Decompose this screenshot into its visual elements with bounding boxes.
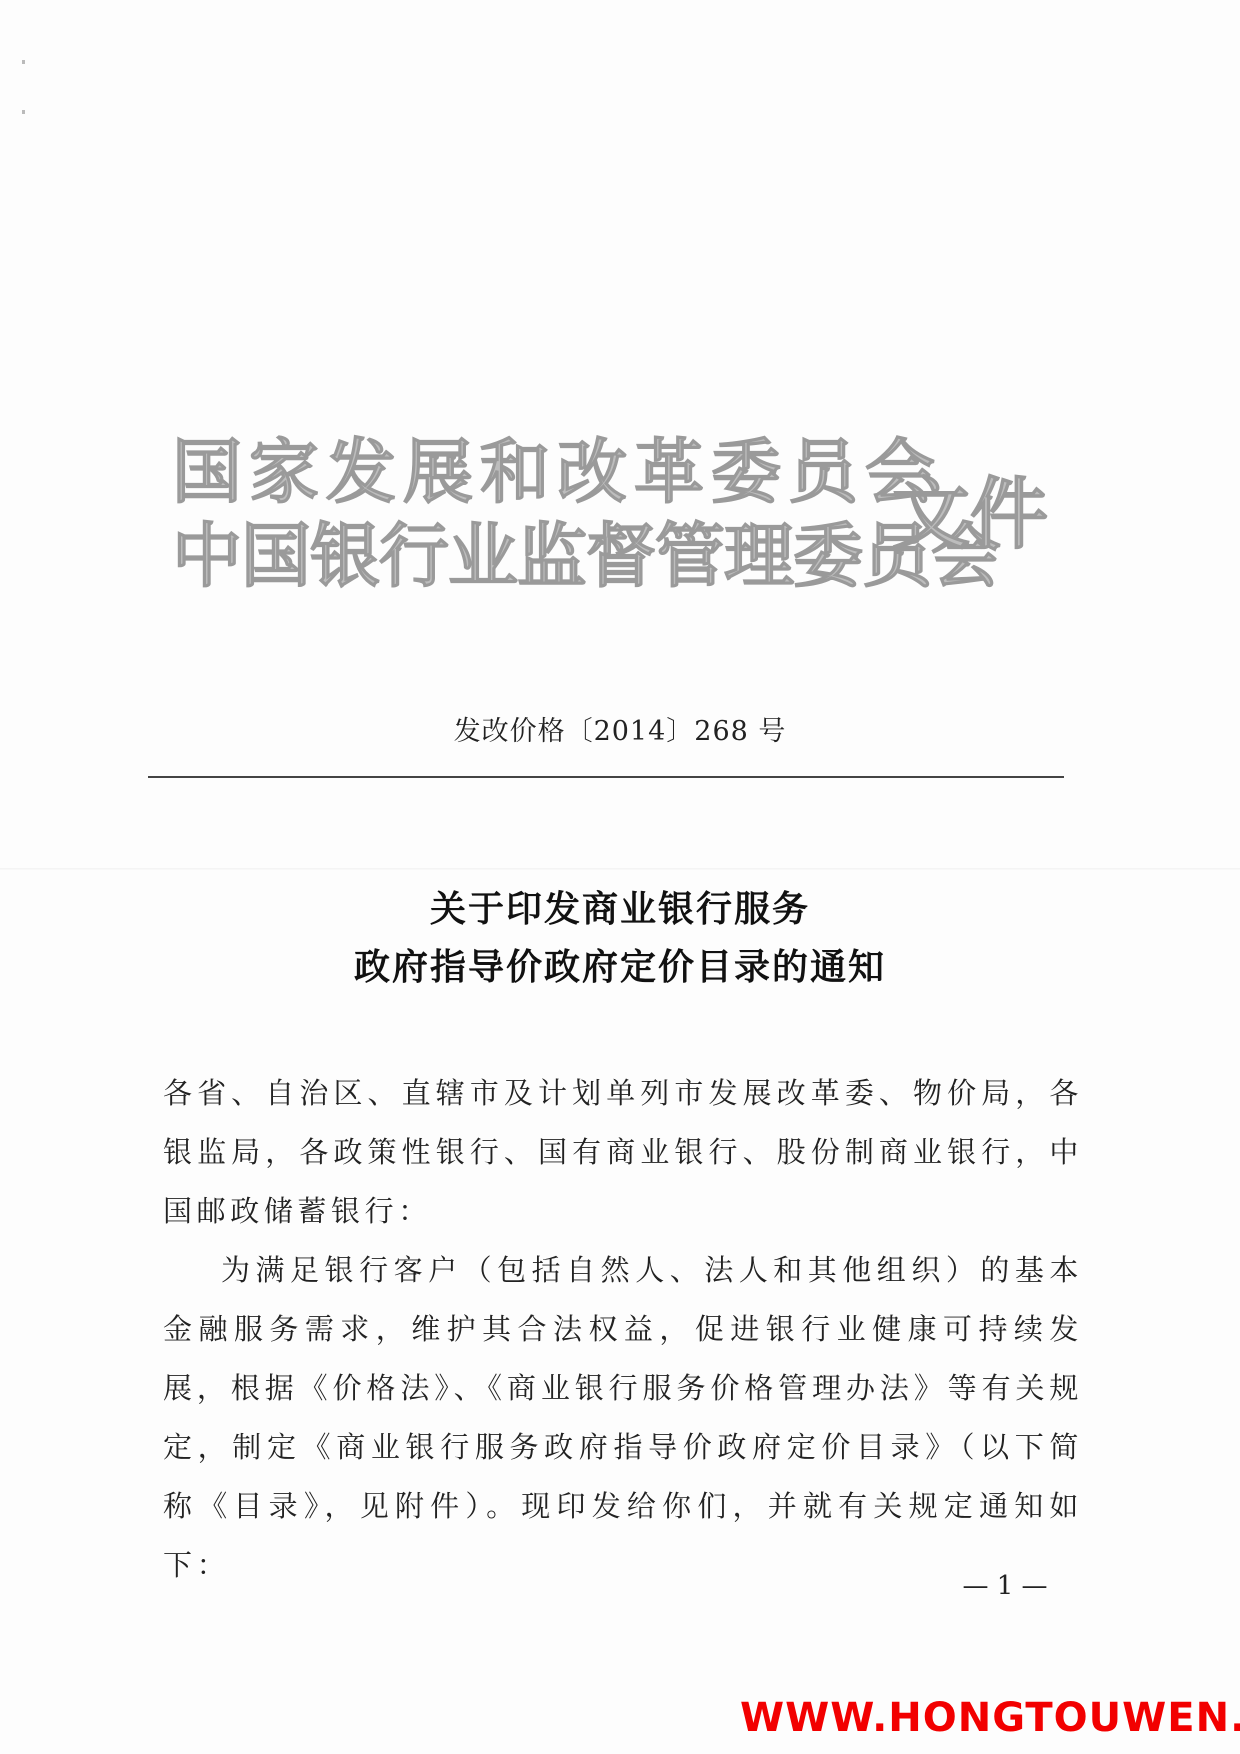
paper-fold-line <box>0 868 1240 870</box>
document-page: 国家发展和改革委员会 中国银行业监督管理委员会 文件 发改价格〔2014〕268… <box>0 0 1240 1754</box>
document-type-label: 文件 <box>892 470 1048 560</box>
scan-speck <box>22 110 25 114</box>
issuer-cbrc: 中国银行业监督管理委员会 <box>172 516 1000 596</box>
body-paragraph-1: 为满足银行客户（包括自然人、法人和其他组织）的基本金融服务需求，维护其合法权益，… <box>163 1241 1083 1595</box>
addressee-paragraph: 各省、自治区、直辖市及计划单列市发展改革委、物价局，各银监局，各政策性银行、国有… <box>163 1064 1083 1241</box>
scan-speck <box>22 60 25 64</box>
issuer-header: 国家发展和改革委员会 中国银行业监督管理委员会 文件 <box>172 432 1052 602</box>
website-watermark: WWW.HONGTOUWEN.COM <box>740 1694 1230 1742</box>
document-title-line-2: 政府指导价政府定价目录的通知 <box>0 942 1240 992</box>
page-number: — 1 — <box>940 1566 1070 1606</box>
document-title-line-1: 关于印发商业银行服务 <box>0 884 1240 934</box>
header-separator-line <box>148 776 1064 778</box>
issuer-ndrc: 国家发展和改革委员会 <box>172 432 942 512</box>
document-number: 发改价格〔2014〕268 号 <box>0 712 1240 752</box>
